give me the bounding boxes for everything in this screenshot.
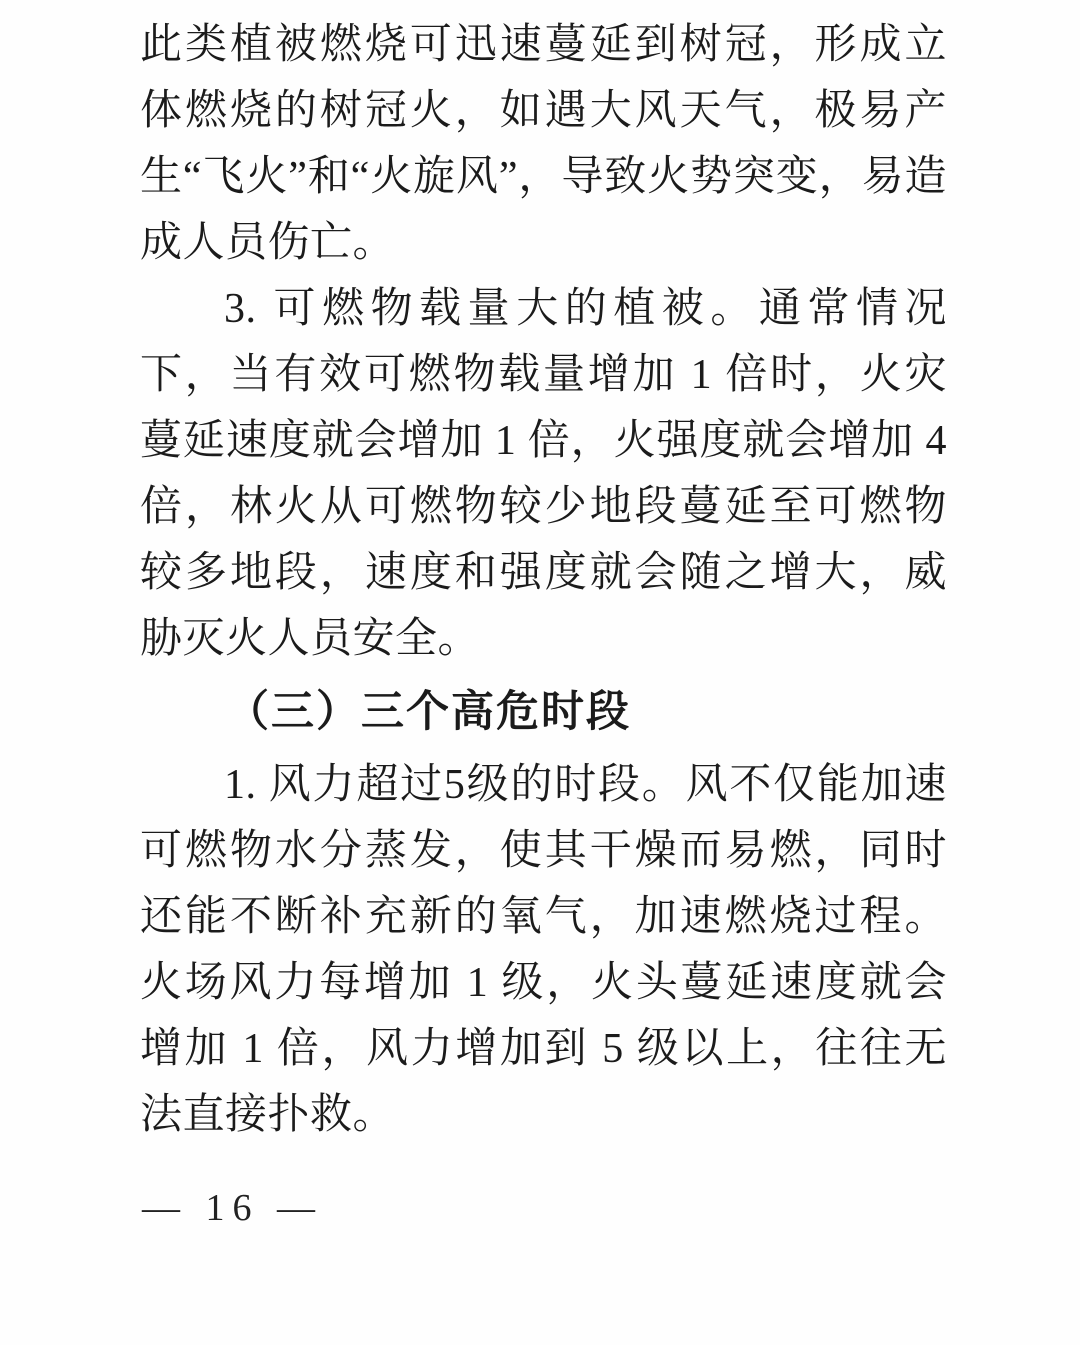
paragraph-item-3: 3. 可燃物载量大的植被。通常情况下，当有效可燃物载量增加 1 倍时，火灾蔓延速…	[140, 276, 947, 672]
paragraph-item-1: 1. 风力超过5级的时段。风不仅能加速可燃物水分蒸发，使其干燥而易燃，同时还能不…	[140, 752, 947, 1148]
section-heading: （三）三个高危时段	[140, 680, 947, 746]
document-page: 此类植被燃烧可迅速蔓延到树冠，形成立体燃烧的树冠火，如遇大风天气，极易产生“飞火…	[0, 0, 1080, 1345]
paragraph-continuation: 此类植被燃烧可迅速蔓延到树冠，形成立体燃烧的树冠火，如遇大风天气，极易产生“飞火…	[140, 12, 947, 276]
page-number: — 16 —	[142, 1186, 323, 1230]
